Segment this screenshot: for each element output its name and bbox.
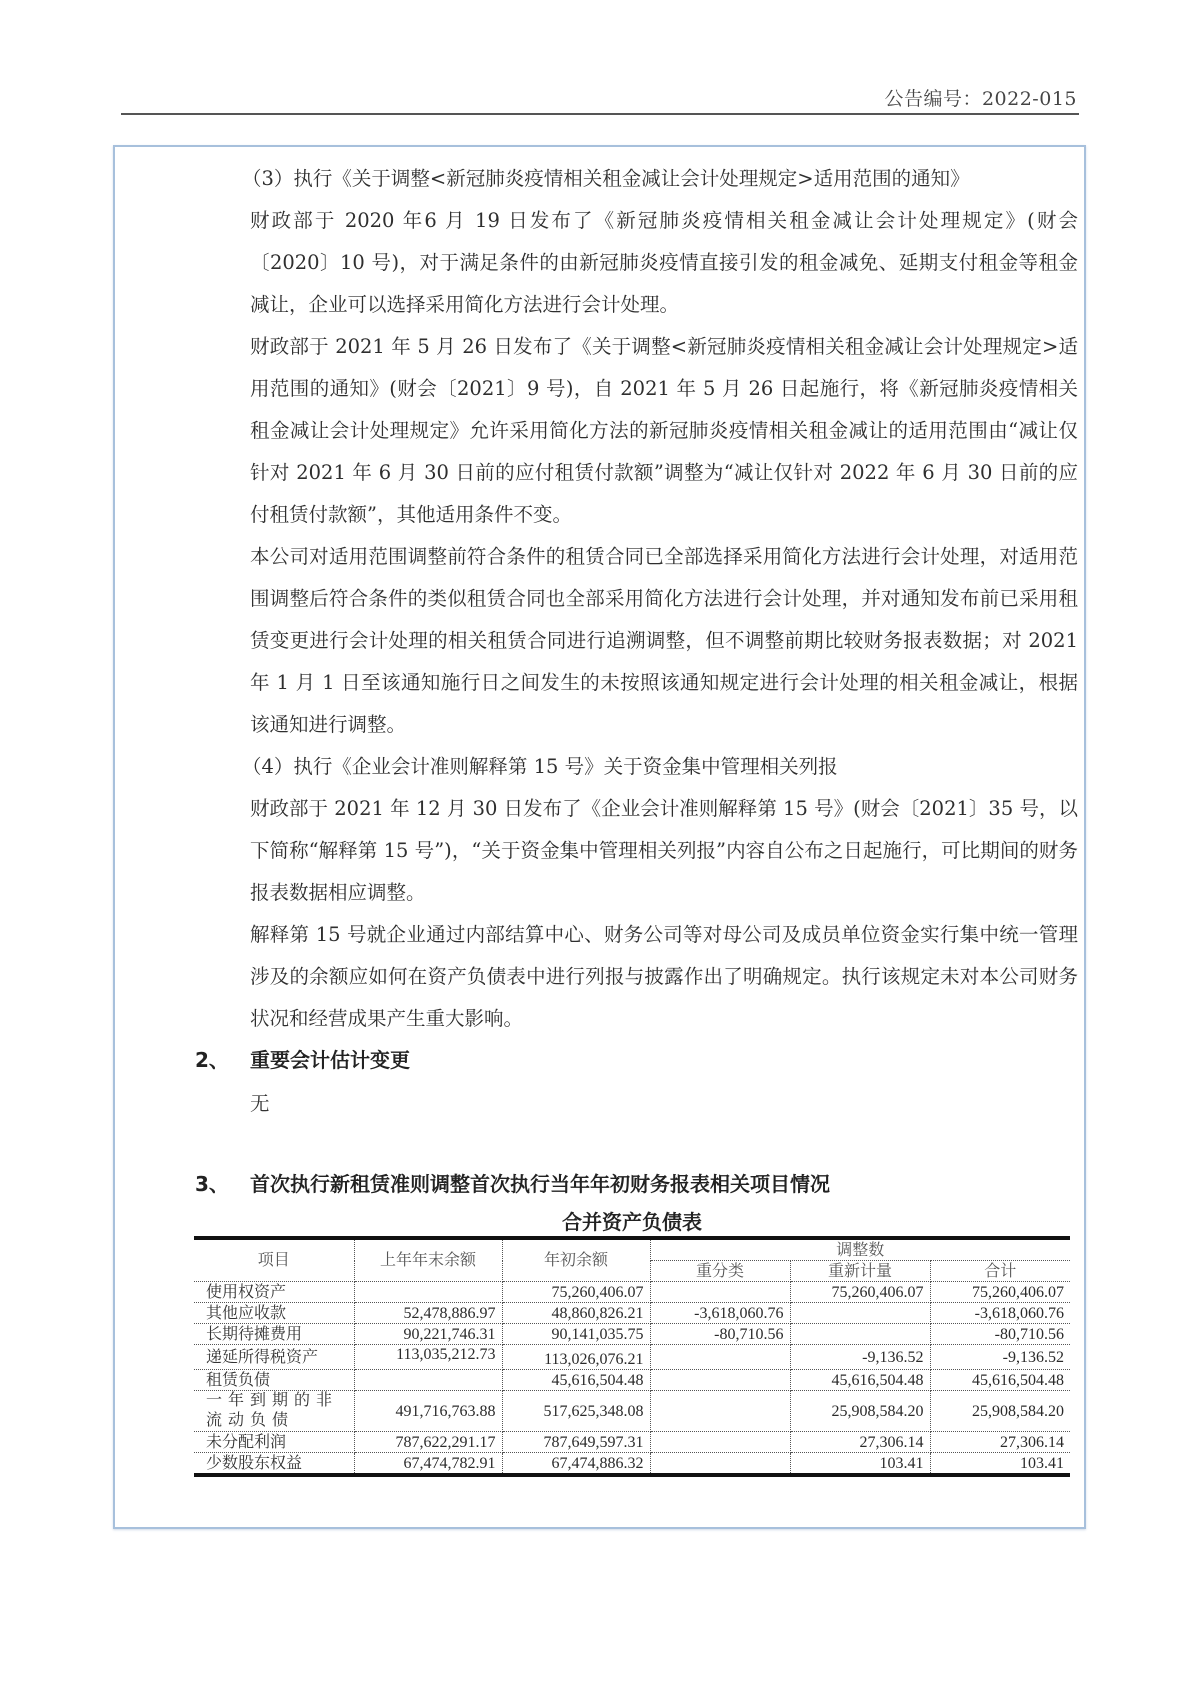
header-remeasurement: 重新计量 — [790, 1261, 930, 1282]
row-item: 使用权资产 — [194, 1282, 354, 1303]
row-prior-year-end — [354, 1282, 502, 1303]
row-item: 递延所得税资产 — [194, 1345, 354, 1370]
row-total: 75,260,406.07 — [930, 1282, 1070, 1303]
subsection-4-title: （4）执行《企业会计准则解释第 15 号》关于资金集中管理相关列报 — [242, 746, 1078, 788]
row-remeasurement — [790, 1324, 930, 1345]
section-3-title: 首次执行新租赁准则调整首次执行当年年初财务报表相关项目情况 — [250, 1172, 830, 1196]
table-header-row: 项目 上年年末余额 年初余额 调整数 — [194, 1238, 1070, 1261]
row-reclassification — [650, 1345, 790, 1370]
header-divider — [121, 113, 1079, 115]
row-reclassification — [650, 1370, 790, 1391]
row-item: 一年到期的非流动负债 — [194, 1391, 354, 1432]
header-total: 合计 — [930, 1261, 1070, 1282]
section-2-body: 无 — [250, 1088, 270, 1116]
row-total: 27,306.14 — [930, 1432, 1070, 1453]
table-row: 未分配利润 787,622,291.17 787,649,597.31 27,3… — [194, 1432, 1070, 1453]
table-row: 使用权资产 75,260,406.07 75,260,406.07 75,260… — [194, 1282, 1070, 1303]
section-2-title: 重要会计估计变更 — [250, 1048, 410, 1072]
row-year-begin: 67,474,886.32 — [502, 1453, 650, 1476]
row-remeasurement: 75,260,406.07 — [790, 1282, 930, 1303]
header-year-begin: 年初余额 — [502, 1238, 650, 1282]
row-year-begin: 48,860,826.21 — [502, 1303, 650, 1324]
table-row: 长期待摊费用 90,221,746.31 90,141,035.75 -80,7… — [194, 1324, 1070, 1345]
row-item: 少数股东权益 — [194, 1453, 354, 1476]
subsection-4-paragraph-2: 解释第 15 号就企业通过内部结算中心、财务公司等对母公司及成员单位资金实行集中… — [250, 914, 1078, 1040]
header-adjustment: 调整数 — [650, 1238, 1070, 1261]
row-remeasurement: 103.41 — [790, 1453, 930, 1476]
policy-change-text: （3）执行《关于调整<新冠肺炎疫情相关租金减让会计处理规定>适用范围的通知》 财… — [250, 158, 1078, 1040]
row-reclassification — [650, 1282, 790, 1303]
row-prior-year-end: 491,716,763.88 — [354, 1391, 502, 1432]
subsection-3-title: （3）执行《关于调整<新冠肺炎疫情相关租金减让会计处理规定>适用范围的通知》 — [242, 158, 1078, 200]
row-remeasurement: 25,908,584.20 — [790, 1391, 930, 1432]
subsection-3-paragraph-2: 财政部于 2021 年 5 月 26 日发布了《关于调整<新冠肺炎疫情相关租金减… — [250, 326, 1078, 536]
row-total: -80,710.56 — [930, 1324, 1070, 1345]
row-remeasurement — [790, 1303, 930, 1324]
section-2-heading: 2、重要会计估计变更 — [195, 1044, 410, 1073]
table-row: 递延所得税资产 113,035,212.73 113,026,076.21 -9… — [194, 1345, 1070, 1370]
balance-sheet-adjustment-table: 项目 上年年末余额 年初余额 调整数 重分类 重新计量 合计 使用权资产 75,… — [194, 1236, 1070, 1477]
row-reclassification: -80,710.56 — [650, 1324, 790, 1345]
header-reclassification: 重分类 — [650, 1261, 790, 1282]
row-remeasurement: -9,136.52 — [790, 1345, 930, 1370]
table-row: 租赁负债 45,616,504.48 45,616,504.48 45,616,… — [194, 1370, 1070, 1391]
header-prior-year-end: 上年年末余额 — [354, 1238, 502, 1282]
row-item: 未分配利润 — [194, 1432, 354, 1453]
row-total: -3,618,060.76 — [930, 1303, 1070, 1324]
row-remeasurement: 27,306.14 — [790, 1432, 930, 1453]
section-3-number: 3、 — [195, 1168, 250, 1197]
row-year-begin: 75,260,406.07 — [502, 1282, 650, 1303]
row-item: 租赁负债 — [194, 1370, 354, 1391]
row-prior-year-end: 52,478,886.97 — [354, 1303, 502, 1324]
row-reclassification: -3,618,060.76 — [650, 1303, 790, 1324]
row-prior-year-end: 67,474,782.91 — [354, 1453, 502, 1476]
row-total: 45,616,504.48 — [930, 1370, 1070, 1391]
row-item: 长期待摊费用 — [194, 1324, 354, 1345]
row-reclassification — [650, 1391, 790, 1432]
row-year-begin: 517,625,348.08 — [502, 1391, 650, 1432]
subsection-4-paragraph-1: 财政部于 2021 年 12 月 30 日发布了《企业会计准则解释第 15 号》… — [250, 788, 1078, 914]
row-year-begin: 45,616,504.48 — [502, 1370, 650, 1391]
row-prior-year-end — [354, 1370, 502, 1391]
row-prior-year-end: 90,221,746.31 — [354, 1324, 502, 1345]
row-year-begin: 787,649,597.31 — [502, 1432, 650, 1453]
announcement-number: 公告编号：2022-015 — [884, 84, 1077, 111]
section-3-heading: 3、首次执行新租赁准则调整首次执行当年年初财务报表相关项目情况 — [195, 1168, 830, 1197]
row-reclassification — [650, 1432, 790, 1453]
row-total: 103.41 — [930, 1453, 1070, 1476]
row-year-begin: 90,141,035.75 — [502, 1324, 650, 1345]
table-title: 合并资产负债表 — [194, 1206, 1070, 1235]
row-total: 25,908,584.20 — [930, 1391, 1070, 1432]
subsection-3-paragraph-1: 财政部于 2020 年6 月 19 日发布了《新冠肺炎疫情相关租金减让会计处理规… — [250, 200, 1078, 326]
row-prior-year-end: 113,035,212.73 — [354, 1345, 502, 1370]
section-2-number: 2、 — [195, 1044, 250, 1073]
table-row: 一年到期的非流动负债 491,716,763.88 517,625,348.08… — [194, 1391, 1070, 1432]
row-prior-year-end: 787,622,291.17 — [354, 1432, 502, 1453]
row-total: -9,136.52 — [930, 1345, 1070, 1370]
header-item: 项目 — [194, 1238, 354, 1282]
row-item: 其他应收款 — [194, 1303, 354, 1324]
row-year-begin: 113,026,076.21 — [502, 1345, 650, 1370]
table-row: 少数股东权益 67,474,782.91 67,474,886.32 103.4… — [194, 1453, 1070, 1476]
table-row: 其他应收款 52,478,886.97 48,860,826.21 -3,618… — [194, 1303, 1070, 1324]
subsection-3-paragraph-3: 本公司对适用范围调整前符合条件的租赁合同已全部选择采用简化方法进行会计处理，对适… — [250, 536, 1078, 746]
row-reclassification — [650, 1453, 790, 1476]
row-remeasurement: 45,616,504.48 — [790, 1370, 930, 1391]
